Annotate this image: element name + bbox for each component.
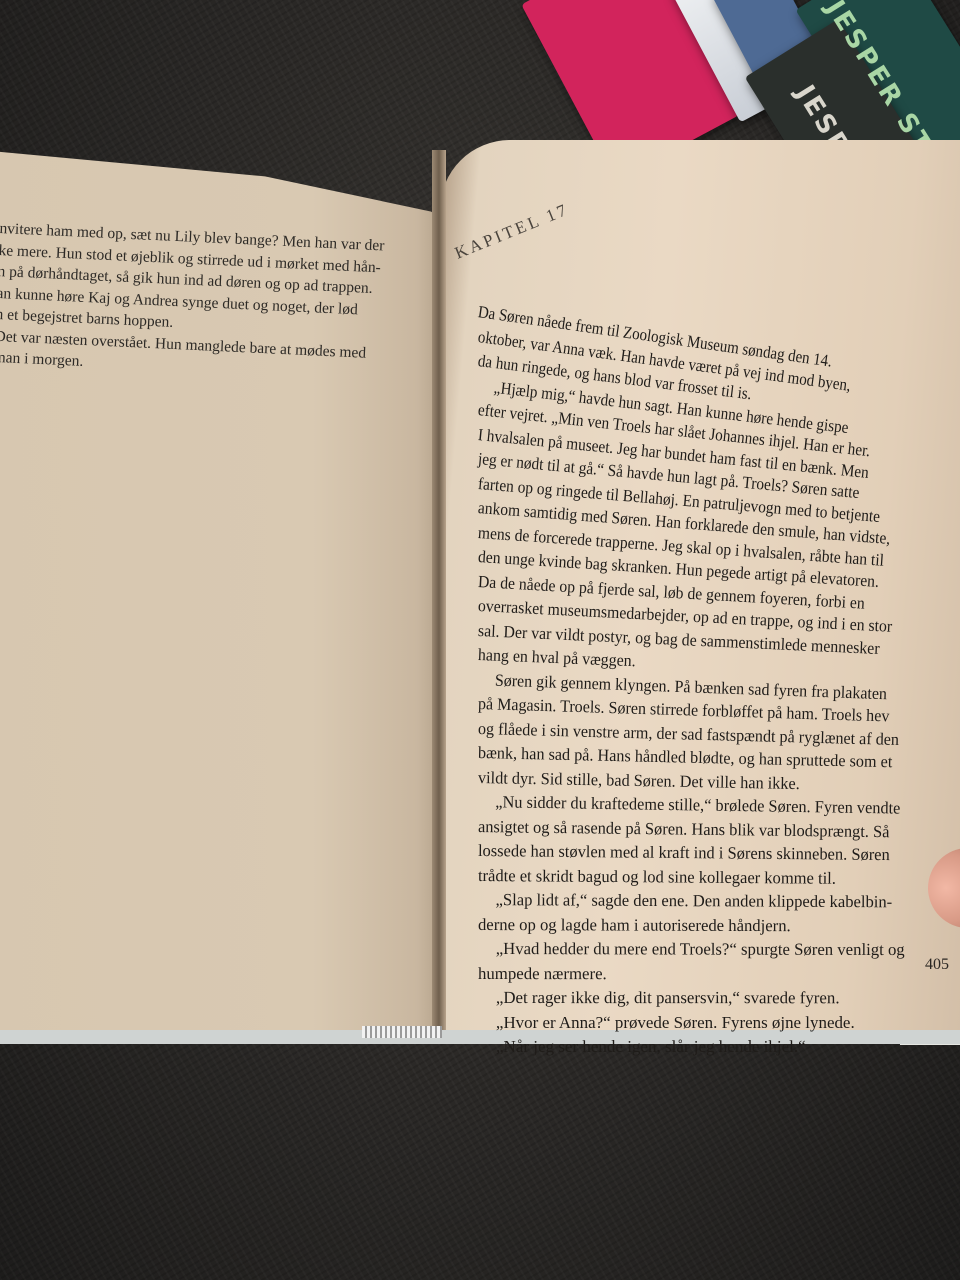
text-line: lossede han støvlen med al kraft ind i S… bbox=[478, 839, 885, 868]
text-line: „Slap lidt af,“ sagde den ene. Den anden… bbox=[478, 888, 888, 915]
text-line: „Det rager ikke dig, dit pansersvin,“ sv… bbox=[478, 986, 895, 1011]
text-line: humpede nærmere. bbox=[478, 962, 893, 987]
text-line: „Når jeg ser hende igen, slår jeg hende … bbox=[478, 1035, 898, 1060]
left-page-text: nvitere ham med op, sæt nu Lily blev ban… bbox=[0, 218, 420, 387]
headband bbox=[362, 1026, 442, 1038]
text-line: „Hvad hedder du mere end Troels?“ spurgt… bbox=[478, 937, 891, 963]
text-line: trådte et skridt bagud og lod sine kolle… bbox=[478, 864, 886, 892]
page-number: 405 bbox=[925, 956, 949, 974]
right-page-text: Da Søren nåede frem til Zoologisk Museum… bbox=[478, 300, 898, 1060]
text-line: „Hvor er Anna?“ prøvede Søren. Fyrens øj… bbox=[478, 1011, 896, 1036]
book-gutter bbox=[432, 150, 446, 1030]
text-line: derne op og lagde ham i autoriserede hån… bbox=[478, 913, 890, 939]
